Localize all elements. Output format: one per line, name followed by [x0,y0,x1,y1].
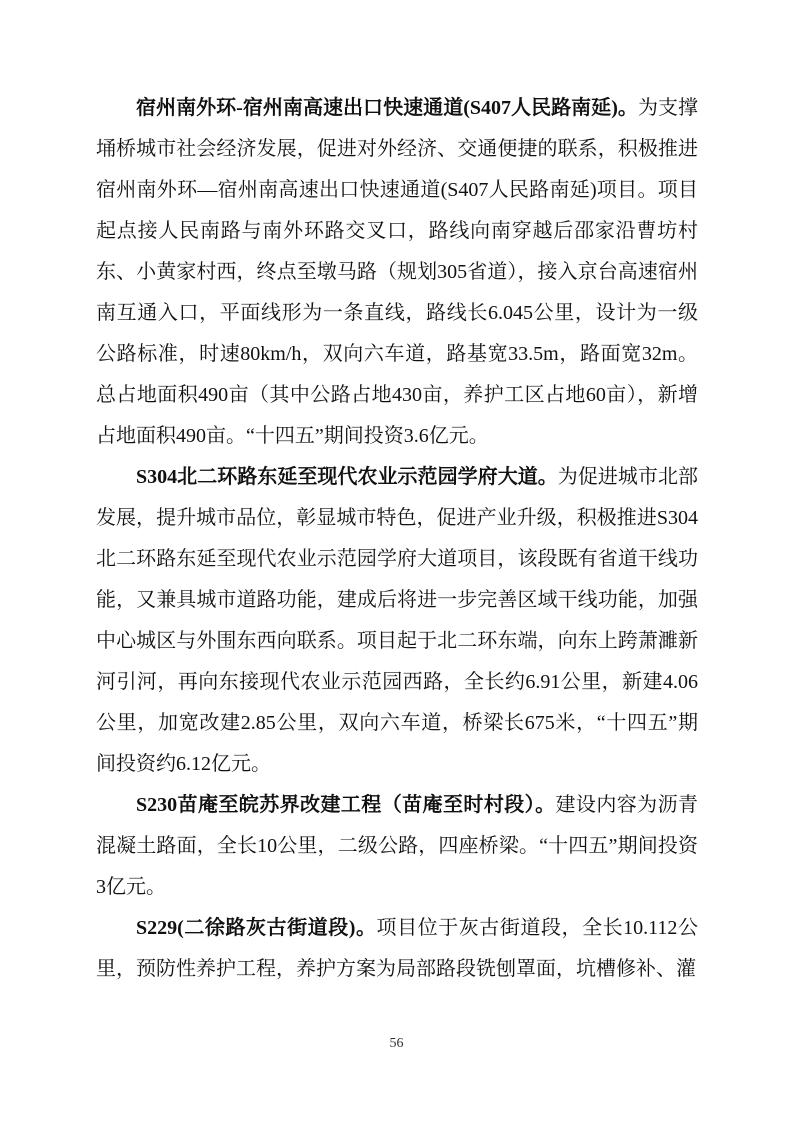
paragraph-s304-body: 为促进城市北部发展，提升城市品位，彰显城市特色，促进产业升级，积极推进S304北… [96,466,698,775]
paragraph-s407: 宿州南外环-宿州南高速出口快速通道(S407人民路南延)。为支撑埇桥城市社会经济… [96,88,698,457]
paragraph-s229: S229(二徐路灰古街道段)。项目位于灰古街道段，全长10.112公里，预防性养… [96,908,698,990]
paragraph-s304: S304北二环路东延至现代农业示范园学府大道。为促进城市北部发展，提升城市品位，… [96,457,698,785]
paragraph-s304-title: S304北二环路东延至现代农业示范园学府大道。 [136,466,558,488]
document-body: 宿州南外环-宿州南高速出口快速通道(S407人民路南延)。为支撑埇桥城市社会经济… [96,88,698,990]
paragraph-s229-title: S229(二徐路灰古街道段)。 [136,917,377,939]
paragraph-s407-title: 宿州南外环-宿州南高速出口快速通道(S407人民路南延)。 [136,97,638,119]
document-page: 宿州南外环-宿州南高速出口快速通道(S407人民路南延)。为支撑埇桥城市社会经济… [0,0,793,1122]
paragraph-s407-body: 为支撑埇桥城市社会经济发展，促进对外经济、交通便捷的联系，积极推进宿州南外环—宿… [96,97,698,447]
paragraph-s230: S230苗庵至皖苏界改建工程（苗庵至时村段）。建设内容为沥青混凝土路面，全长10… [96,785,698,908]
page-number: 56 [0,1036,793,1052]
paragraph-s230-title: S230苗庵至皖苏界改建工程（苗庵至时村段）。 [136,794,556,816]
